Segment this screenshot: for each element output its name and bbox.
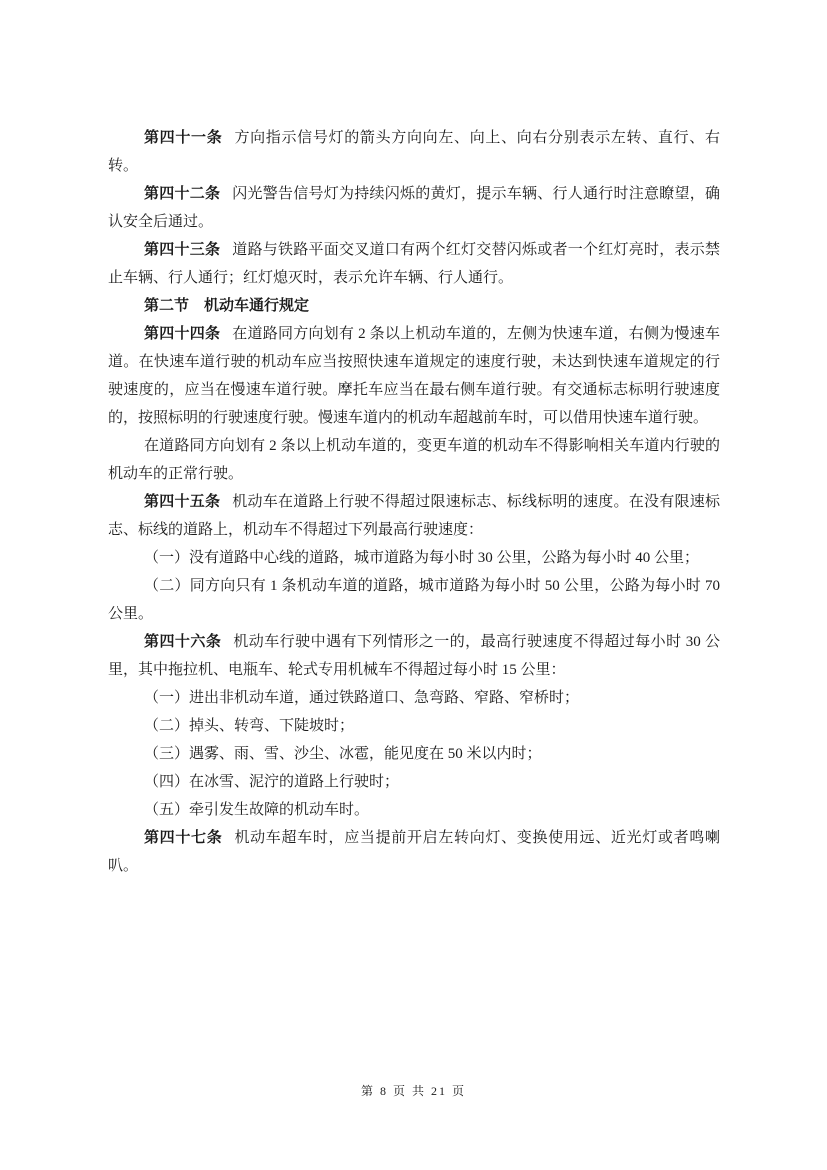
article-46-item-2: （二）掉头、转弯、下陡坡时； <box>108 712 720 740</box>
page-number-indicator: 第 8 页 共 21 页 <box>0 1082 827 1099</box>
article-41-paragraph: 第四十一条方向指示信号灯的箭头方向向左、向上、向右分别表示左转、直行、右转。 <box>108 124 720 180</box>
article-41-number: 第四十一条 <box>144 130 222 146</box>
article-46-item-5: （五）牵引发生故障的机动车时。 <box>108 796 720 824</box>
article-46-paragraph: 第四十六条机动车行驶中遇有下列情形之一的，最高行驶速度不得超过每小时 30 公里… <box>108 628 720 684</box>
section-heading: 第二节 机动车通行规定 <box>108 292 720 320</box>
article-46-item-4: （四）在冰雪、泥泞的道路上行驶时； <box>108 768 720 796</box>
document-page: 第四十一条方向指示信号灯的箭头方向向左、向上、向右分别表示左转、直行、右转。 第… <box>0 0 827 1170</box>
article-45-item-1: （一）没有道路中心线的道路，城市道路为每小时 30 公里，公路为每小时 40 公… <box>108 544 720 572</box>
article-44-paragraph: 第四十四条在道路同方向划有 2 条以上机动车道的，左侧为快速车道，右侧为慢速车道… <box>108 320 720 432</box>
article-47-number: 第四十七条 <box>144 830 222 846</box>
article-45-item-2: （二）同方向只有 1 条机动车道的道路，城市道路为每小时 50 公里，公路为每小… <box>108 572 720 628</box>
article-43-paragraph: 第四十三条道路与铁路平面交叉道口有两个红灯交替闪烁或者一个红灯亮时，表示禁止车辆… <box>108 236 720 292</box>
article-44-number: 第四十四条 <box>144 326 220 342</box>
article-47-paragraph: 第四十七条机动车超车时，应当提前开启左转向灯、变换使用远、近光灯或者鸣喇叭。 <box>108 824 720 880</box>
article-46-item-1: （一）进出非机动车道，通过铁路道口、急弯路、窄路、窄桥时； <box>108 684 720 712</box>
article-45-paragraph: 第四十五条机动车在道路上行驶不得超过限速标志、标线标明的速度。在没有限速标志、标… <box>108 488 720 544</box>
article-44-paragraph-2: 在道路同方向划有 2 条以上机动车道的，变更车道的机动车不得影响相关车道内行驶的… <box>108 432 720 488</box>
article-43-number: 第四十三条 <box>144 242 220 258</box>
article-42-paragraph: 第四十二条闪光警告信号灯为持续闪烁的黄灯，提示车辆、行人通行时注意瞭望，确认安全… <box>108 180 720 236</box>
article-46-number: 第四十六条 <box>144 634 221 650</box>
article-45-number: 第四十五条 <box>144 494 220 510</box>
article-42-number: 第四十二条 <box>144 186 220 202</box>
article-46-item-3: （三）遇雾、雨、雪、沙尘、冰雹，能见度在 50 米以内时； <box>108 740 720 768</box>
